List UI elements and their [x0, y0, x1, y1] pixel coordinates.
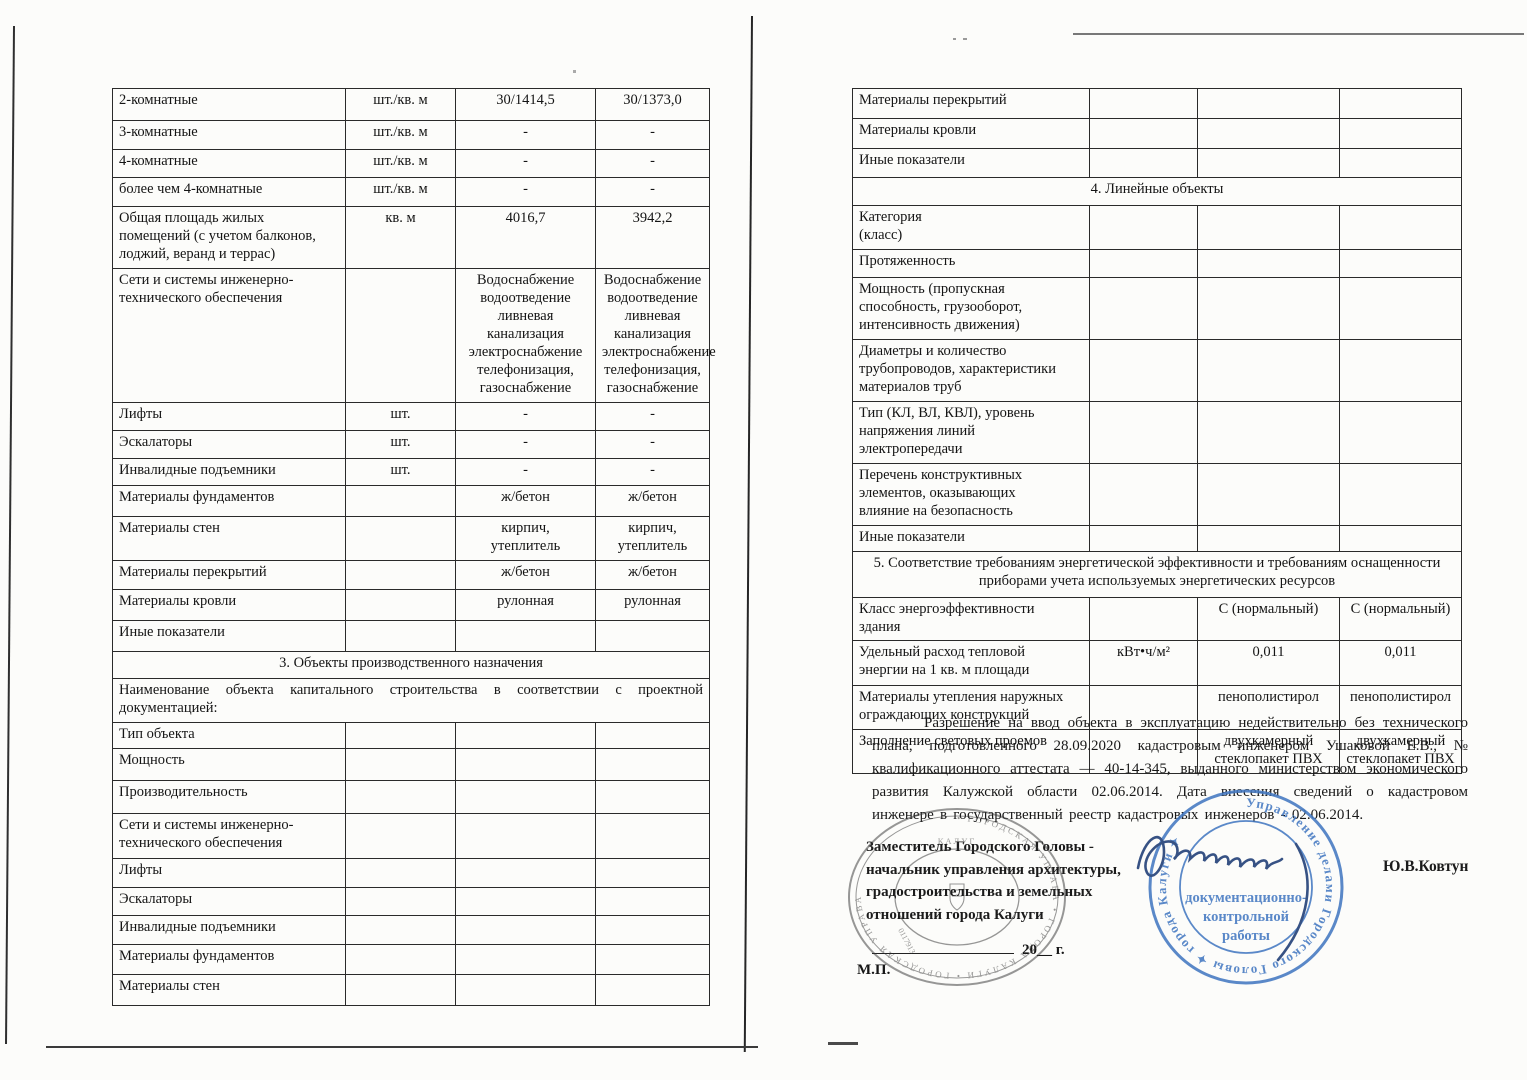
table-row: более чем 4-комнатныешт./кв. м-- — [113, 178, 710, 207]
table-row: Материалы кровли — [853, 119, 1462, 149]
table-cell: - — [596, 402, 710, 430]
table-row: Инвалидные подъемникишт.-- — [113, 458, 710, 485]
blue-stamp-ring-text: Управление делами Городского Головы ✦ го… — [1154, 795, 1338, 979]
table-cell — [346, 560, 456, 589]
table-row: Материалы фундаментовж/бетонж/бетон — [113, 485, 710, 516]
table-cell: - — [596, 121, 710, 150]
table-cell — [1198, 525, 1340, 551]
table-cell — [1340, 339, 1462, 401]
section-header-cell: 3. Объекты производственного назначения — [113, 651, 710, 678]
table-cell: Водоснабжение водоотведение ливневая кан… — [456, 268, 596, 402]
table-cell — [596, 780, 710, 813]
table-row: Эскалаторы — [113, 887, 710, 915]
table-cell — [1340, 249, 1462, 277]
table-cell — [1090, 206, 1198, 250]
table-row: Иные показатели — [853, 149, 1462, 178]
table-cell — [1090, 339, 1198, 401]
table-row: Тип (КЛ, ВЛ, КВЛ), уровень напряжения ли… — [853, 401, 1462, 463]
table-cell: кирпич, утеплитель — [456, 516, 596, 560]
table-row: Мощность (пропускная способность, грузоо… — [853, 277, 1462, 339]
table-cell: ж/бетон — [596, 560, 710, 589]
table-cell: Лифты — [113, 402, 346, 430]
table-row: 3. Объекты производственного назначения — [113, 651, 710, 678]
table-cell — [596, 858, 710, 887]
table-row: Мощность — [113, 748, 710, 780]
table-cell — [456, 974, 596, 1005]
table-cell — [1340, 525, 1462, 551]
table-cell — [456, 748, 596, 780]
table-row: 4-комнатныешт./кв. м-- — [113, 150, 710, 178]
table-row: Инвалидные подъемники — [113, 915, 710, 944]
table-cell — [1090, 119, 1198, 149]
table-cell — [596, 887, 710, 915]
table-row: 3-комнатныешт./кв. м-- — [113, 121, 710, 150]
table-cell — [1340, 89, 1462, 119]
table-cell: Материалы кровли — [853, 119, 1090, 149]
table-row: Материалы стенкирпич, утеплителькирпич, … — [113, 516, 710, 560]
table-cell: - — [456, 430, 596, 458]
table-row: Эскалаторышт.-- — [113, 430, 710, 458]
table-cell: шт. — [346, 430, 456, 458]
table-cell: Инвалидные подъемники — [113, 915, 346, 944]
table-row: Протяженность — [853, 249, 1462, 277]
table-cell — [456, 887, 596, 915]
table-cell: - — [596, 458, 710, 485]
section-header-cell: 4. Линейные объекты — [853, 178, 1462, 206]
table-cell — [346, 974, 456, 1005]
table-cell: кВт•ч/м² — [1090, 641, 1198, 686]
table-cell — [346, 485, 456, 516]
table-row: Материалы фундаментов — [113, 944, 710, 974]
table-cell — [456, 944, 596, 974]
table-cell: Диаметры и количество трубопроводов, хар… — [853, 339, 1090, 401]
scan-edge-line-middle — [744, 16, 753, 1052]
table-cell: Класс энергоэффективности здания — [853, 597, 1090, 641]
table-row: Материалы перекрытий — [853, 89, 1462, 119]
table-row: Иные показатели — [113, 620, 710, 651]
table-cell — [456, 620, 596, 651]
table-cell: Материалы кровли — [113, 589, 346, 620]
table-cell — [596, 915, 710, 944]
table-row: 4. Линейные объекты — [853, 178, 1462, 206]
table-cell — [1340, 119, 1462, 149]
table-row: Сети и системы инженерно- технического о… — [113, 268, 710, 402]
table-cell: Протяженность — [853, 249, 1090, 277]
table-cell: рулонная — [596, 589, 710, 620]
table-cell — [456, 813, 596, 858]
table-cell: 4-комнатные — [113, 150, 346, 178]
table-cell — [1198, 249, 1340, 277]
table-cell — [596, 620, 710, 651]
table-row: Производительность — [113, 780, 710, 813]
table-cell — [1340, 277, 1462, 339]
table-row: Перечень конструктивных элементов, оказы… — [853, 463, 1462, 525]
table-cell — [346, 780, 456, 813]
table-cell: Удельный расход тепловой энергии на 1 кв… — [853, 641, 1090, 686]
table-cell — [1340, 463, 1462, 525]
scan-edge-line-left — [5, 26, 15, 1044]
table-cell: Материалы фундаментов — [113, 944, 346, 974]
table-cell — [346, 516, 456, 560]
table-cell: Водоснабжение водоотведение ливневая кан… — [596, 268, 710, 402]
table-cell: - — [456, 458, 596, 485]
table-cell: Иные показатели — [853, 525, 1090, 551]
table-cell: - — [456, 402, 596, 430]
table-cell — [346, 722, 456, 748]
table-cell: Тип (КЛ, ВЛ, КВЛ), уровень напряжения ли… — [853, 401, 1090, 463]
table-cell: Тип объекта — [113, 722, 346, 748]
table-cell: Эскалаторы — [113, 430, 346, 458]
seal-top-fragment: КАЛУГ — [938, 836, 977, 846]
table-row: 2-комнатныешт./кв. м30/1414,530/1373,0 — [113, 89, 710, 121]
table-row: Тип объекта — [113, 722, 710, 748]
table-cell: 2-комнатные — [113, 89, 346, 121]
table-row: Общая площадь жилых помещений (с учетом … — [113, 207, 710, 269]
seal-center-emblem — [950, 884, 964, 910]
svg-text:Управление делами Городского Г: Управление делами Городского Головы ✦ го… — [1154, 795, 1338, 979]
table-cell: Материалы перекрытий — [113, 560, 346, 589]
table-cell: Материалы перекрытий — [853, 89, 1090, 119]
table-row: 5. Соответствие требованиям энергетическ… — [853, 551, 1462, 597]
table-cell — [596, 944, 710, 974]
table-cell: более чем 4-комнатные — [113, 178, 346, 207]
table-cell — [1198, 119, 1340, 149]
table-cell — [346, 813, 456, 858]
table-row: Материалы стен — [113, 974, 710, 1005]
signatory-name: Ю.В.Ковтун — [1383, 858, 1468, 876]
table-cell: Мощность (пропускная способность, грузоо… — [853, 277, 1090, 339]
table-cell: Лифты — [113, 858, 346, 887]
table-cell: рулонная — [456, 589, 596, 620]
table-cell: - — [456, 150, 596, 178]
table-row: Диаметры и количество трубопроводов, хар… — [853, 339, 1462, 401]
table-row: Удельный расход тепловой энергии на 1 кв… — [853, 641, 1462, 686]
table-cell: Категория (класс) — [853, 206, 1090, 250]
scan-edge-line-bottom — [46, 1046, 758, 1048]
table-cell: 30/1373,0 — [596, 89, 710, 121]
full-width-cell: Наименование объекта капитального строит… — [113, 678, 710, 722]
table-cell — [1198, 401, 1340, 463]
table-cell: - — [456, 121, 596, 150]
table-cell: Сети и системы инженерно- технического о… — [113, 813, 346, 858]
scan-artifact-line-top-right — [1073, 33, 1524, 35]
table-cell — [596, 813, 710, 858]
table-cell: Перечень конструктивных элементов, оказы… — [853, 463, 1090, 525]
table-cell: ж/бетон — [596, 485, 710, 516]
table-cell — [1090, 597, 1198, 641]
table-cell — [456, 858, 596, 887]
table-cell — [346, 268, 456, 402]
table-cell — [1340, 206, 1462, 250]
table-cell: Сети и системы инженерно- технического о… — [113, 268, 346, 402]
table-cell — [1090, 401, 1198, 463]
table-cell: Общая площадь жилых помещений (с учетом … — [113, 207, 346, 269]
table-cell: Эскалаторы — [113, 887, 346, 915]
table-cell — [1090, 463, 1198, 525]
table-cell: - — [596, 178, 710, 207]
table-cell: - — [596, 430, 710, 458]
official-seal-stamp: • ГОРОДСКАЯ УПРАВА • ГОРОДА КАЛУГИ • ГОР… — [840, 802, 1075, 997]
table-cell: ж/бетон — [456, 485, 596, 516]
table-cell — [456, 780, 596, 813]
table-row: Наименование объекта капитального строит… — [113, 678, 710, 722]
table-cell: Иные показатели — [853, 149, 1090, 178]
table-cell — [1198, 463, 1340, 525]
table-cell: Материалы фундаментов — [113, 485, 346, 516]
table-cell: - — [456, 178, 596, 207]
table-cell: С (нормальный) — [1340, 597, 1462, 641]
table-cell — [1090, 277, 1198, 339]
table-cell: 3-комнатные — [113, 121, 346, 150]
table-cell: шт. — [346, 458, 456, 485]
table-cell — [1198, 277, 1340, 339]
table-cell — [1090, 249, 1198, 277]
table-cell — [1090, 525, 1198, 551]
table-cell: шт. — [346, 402, 456, 430]
scan-artifact-line-bottom-right — [828, 1042, 858, 1045]
table-cell — [456, 722, 596, 748]
table-cell — [596, 748, 710, 780]
table-cell — [1198, 149, 1340, 178]
table-cell: Инвалидные подъемники — [113, 458, 346, 485]
blue-stamp-inner-line: контрольной — [1203, 909, 1289, 925]
blue-stamp-inner-line: документационно- — [1185, 890, 1307, 906]
table-cell: Производительность — [113, 780, 346, 813]
blue-round-stamp: Управление делами Городского Головы ✦ го… — [1126, 780, 1371, 995]
table-cell: - — [596, 150, 710, 178]
table-cell: С (нормальный) — [1198, 597, 1340, 641]
left-page-table: 2-комнатныешт./кв. м30/1414,530/1373,03-… — [112, 88, 710, 1006]
table-cell: ж/бетон — [456, 560, 596, 589]
table-cell: кв. м — [346, 207, 456, 269]
table-cell — [346, 858, 456, 887]
table-cell: 0,011 — [1340, 641, 1462, 686]
table-cell: Материалы стен — [113, 516, 346, 560]
table-cell — [1198, 206, 1340, 250]
table-cell: Иные показатели — [113, 620, 346, 651]
table-row: Лифтышт.-- — [113, 402, 710, 430]
right-page-table: Материалы перекрытийМатериалы кровлиИные… — [852, 88, 1462, 774]
table-cell: 0,011 — [1198, 641, 1340, 686]
table-cell: шт./кв. м — [346, 89, 456, 121]
table-cell: Материалы стен — [113, 974, 346, 1005]
section-header-cell: 5. Соответствие требованиям энергетическ… — [853, 551, 1462, 597]
table-cell: Мощность — [113, 748, 346, 780]
table-cell — [456, 915, 596, 944]
table-cell — [596, 722, 710, 748]
table-cell — [1198, 339, 1340, 401]
table-cell — [346, 944, 456, 974]
table-cell — [346, 589, 456, 620]
table-cell: 30/1414,5 — [456, 89, 596, 121]
table-cell: шт./кв. м — [346, 121, 456, 150]
table-row: Лифты — [113, 858, 710, 887]
table-cell: 3942,2 — [596, 207, 710, 269]
table-cell — [1340, 149, 1462, 178]
table-cell — [1340, 401, 1462, 463]
table-row: Иные показатели — [853, 525, 1462, 551]
table-cell — [346, 620, 456, 651]
table-row: Материалы кровлирулоннаярулонная — [113, 589, 710, 620]
table-cell: кирпич, утеплитель — [596, 516, 710, 560]
table-cell — [596, 974, 710, 1005]
table-cell: 4016,7 — [456, 207, 596, 269]
table-cell: шт./кв. м — [346, 178, 456, 207]
table-cell — [1198, 89, 1340, 119]
table-row: Класс энергоэффективности зданияС (норма… — [853, 597, 1462, 641]
table-cell — [1090, 149, 1198, 178]
table-row: Категория (класс) — [853, 206, 1462, 250]
table-cell — [346, 915, 456, 944]
blue-stamp-inner-line: работы — [1222, 928, 1270, 944]
scan-speck — [953, 38, 956, 40]
scanned-document-page: 2-комнатныешт./кв. м30/1414,530/1373,03-… — [0, 0, 1527, 1080]
scan-speck — [573, 70, 576, 73]
table-cell — [346, 887, 456, 915]
table-cell: шт./кв. м — [346, 150, 456, 178]
scan-speck — [963, 38, 967, 40]
table-cell — [346, 748, 456, 780]
table-cell — [1090, 89, 1198, 119]
table-row: Материалы перекрытийж/бетонж/бетон — [113, 560, 710, 589]
table-row: Сети и системы инженерно- технического о… — [113, 813, 710, 858]
